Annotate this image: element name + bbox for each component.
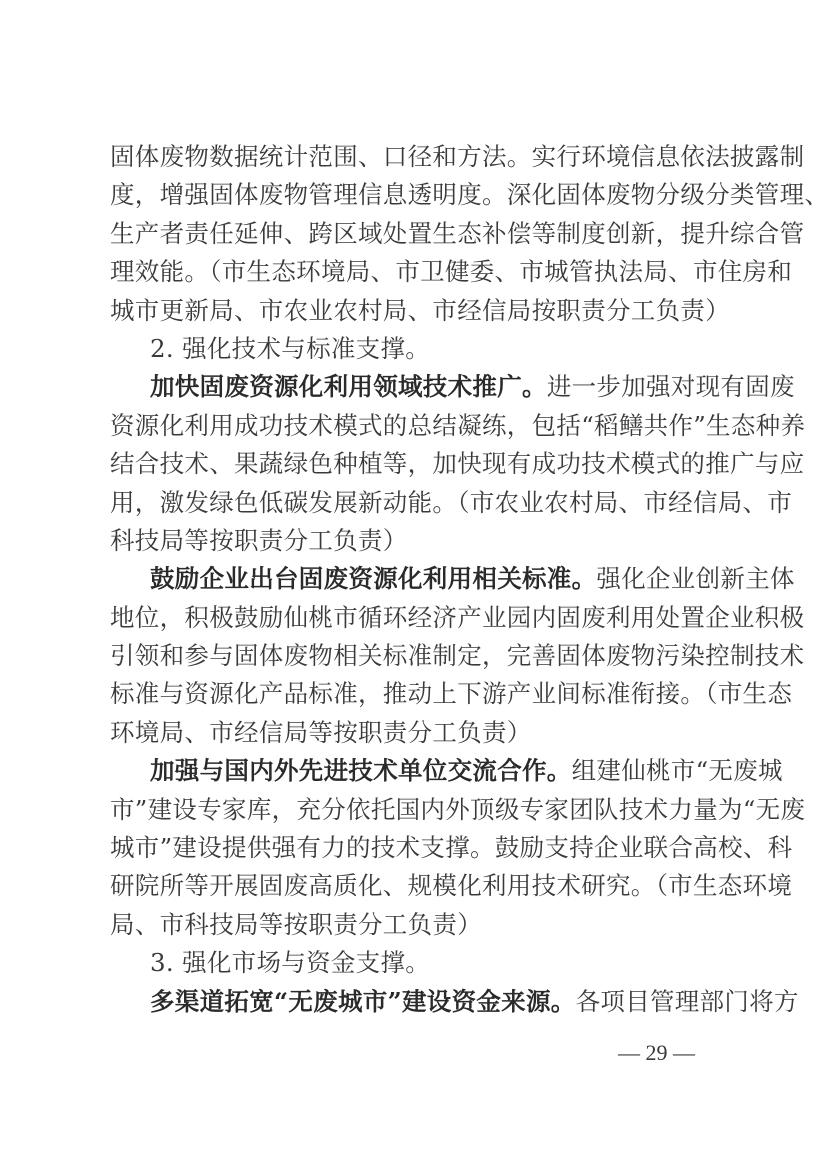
line-text: 标准与资源化产品标准，推动上下游产业间标准衔接。（市生态 (110, 679, 792, 708)
paragraph: 多渠道拓宽“无废城市”建设资金来源。各项目管理部门将方 (110, 983, 718, 1021)
bold-lead: 多渠道拓宽“无废城市”建设资金来源。 (150, 987, 576, 1016)
text-line: 标准与资源化产品标准，推动上下游产业间标准衔接。（市生态 (110, 675, 718, 713)
text-line: 城市更新局、市农业农村局、市经信局按职责分工负责） (110, 292, 718, 330)
line-text: 生产者责任延伸、跨区域处置生态补偿等制度创新，提升综合管 (110, 219, 804, 248)
text-line: 用，激发绿色低碳发展新动能。（市农业农村局、市经信局、市 (110, 484, 718, 522)
heading-text: 3. 强化市场与资金支撑。 (150, 948, 430, 977)
paragraph: 加快固废资源化利用领域技术推广。进一步加强对现有固废 资源化利用成功技术模式的总… (110, 368, 718, 560)
line-text: 各项目管理部门将方 (576, 987, 799, 1016)
line-text: 度，增强固体废物管理信息透明度。深化固体废物分级分类管理、 (110, 180, 826, 209)
text-line: 固体废物数据统计范围、口径和方法。实行环境信息依法披露制 (110, 138, 718, 176)
text-line: 城市”建设提供强有力的技术支撑。鼓励支持企业联合高校、科 (110, 829, 718, 867)
heading-text: 2. 强化技术与标准支撑。 (150, 334, 430, 363)
text-line: 环境局、市经信局等按职责分工负责） (110, 714, 718, 752)
text-line: 研院所等开展固废高质化、规模化利用技术研究。（市生态环境 (110, 867, 718, 905)
line-text: 科技局等按职责分工负责） (110, 526, 408, 555)
line-text: 城市更新局、市农业农村局、市经信局按职责分工负责） (110, 296, 730, 325)
line-text: 资源化利用成功技术模式的总结凝练，包括“稻鳝共作”生态种养 (110, 411, 805, 440)
line-text: 强化企业创新主体 (596, 564, 794, 593)
text-line: 结合技术、果蔬绿色种植等，加快现有成功技术模式的推广与应 (110, 445, 718, 483)
text-line: 多渠道拓宽“无废城市”建设资金来源。各项目管理部门将方 (110, 983, 718, 1021)
text-line: 2. 强化技术与标准支撑。 (110, 330, 718, 368)
document-page: 固体废物数据统计范围、口径和方法。实行环境信息依法披露制 度，增强固体废物管理信… (110, 138, 718, 1021)
bold-lead: 加快固废资源化利用领域技术推广。 (150, 372, 547, 401)
text-line: 科技局等按职责分工负责） (110, 522, 718, 560)
line-text: 环境局、市经信局等按职责分工负责） (110, 718, 532, 747)
line-text: 组建仙桃市“无废城 (572, 756, 783, 785)
line-text: 地位，积极鼓励仙桃市循环经济产业园内固废利用处置企业积极 (110, 603, 804, 632)
text-line: 地位，积极鼓励仙桃市循环经济产业园内固废利用处置企业积极 (110, 599, 718, 637)
line-text: 市”建设专家库，充分依托国内外顶级专家团队技术力量为“无废 (110, 795, 805, 824)
paragraph: 加强与国内外先进技术单位交流合作。组建仙桃市“无废城 市”建设专家库，充分依托国… (110, 752, 718, 944)
text-line: 鼓励企业出台固废资源化利用相关标准。强化企业创新主体 (110, 560, 718, 598)
text-line: 理效能。（市生态环境局、市卫健委、市城管执法局、市住房和 (110, 253, 718, 291)
text-line: 资源化利用成功技术模式的总结凝练，包括“稻鳝共作”生态种养 (110, 407, 718, 445)
line-text: 固体废物数据统计范围、口径和方法。实行环境信息依法披露制 (110, 142, 804, 171)
line-text: 引领和参与固体废物相关标准制定，完善固体废物污染控制技术 (110, 641, 804, 670)
text-line: 度，增强固体废物管理信息透明度。深化固体废物分级分类管理、 (110, 176, 718, 214)
bold-lead: 鼓励企业出台固废资源化利用相关标准。 (150, 564, 596, 593)
line-text: 结合技术、果蔬绿色种植等，加快现有成功技术模式的推广与应 (110, 449, 804, 478)
paragraph: 固体废物数据统计范围、口径和方法。实行环境信息依法披露制 度，增强固体废物管理信… (110, 138, 718, 330)
text-line: 生产者责任延伸、跨区域处置生态补偿等制度创新，提升综合管 (110, 215, 718, 253)
line-text: 理效能。（市生态环境局、市卫健委、市城管执法局、市住房和 (110, 257, 792, 286)
line-text: 研院所等开展固废高质化、规模化利用技术研究。（市生态环境 (110, 871, 792, 900)
bold-lead: 加强与国内外先进技术单位交流合作。 (150, 756, 572, 785)
paragraph: 鼓励企业出台固废资源化利用相关标准。强化企业创新主体 地位，积极鼓励仙桃市循环经… (110, 560, 718, 752)
section-heading: 2. 强化技术与标准支撑。 (110, 330, 718, 368)
text-line: 引领和参与固体废物相关标准制定，完善固体废物污染控制技术 (110, 637, 718, 675)
text-line: 加强与国内外先进技术单位交流合作。组建仙桃市“无废城 (110, 752, 718, 790)
page-number: — 29 — (618, 1040, 695, 1066)
line-text: 用，激发绿色低碳发展新动能。（市农业农村局、市经信局、市 (110, 488, 792, 517)
text-line: 加快固废资源化利用领域技术推广。进一步加强对现有固废 (110, 368, 718, 406)
text-line: 局、市科技局等按职责分工负责） (110, 906, 718, 944)
line-text: 城市”建设提供强有力的技术支撑。鼓励支持企业联合高校、科 (110, 833, 792, 862)
text-line: 3. 强化市场与资金支撑。 (110, 944, 718, 982)
line-text: 局、市科技局等按职责分工负责） (110, 910, 482, 939)
text-line: 市”建设专家库，充分依托国内外顶级专家团队技术力量为“无废 (110, 791, 718, 829)
line-text: 进一步加强对现有固废 (547, 372, 795, 401)
section-heading: 3. 强化市场与资金支撑。 (110, 944, 718, 982)
